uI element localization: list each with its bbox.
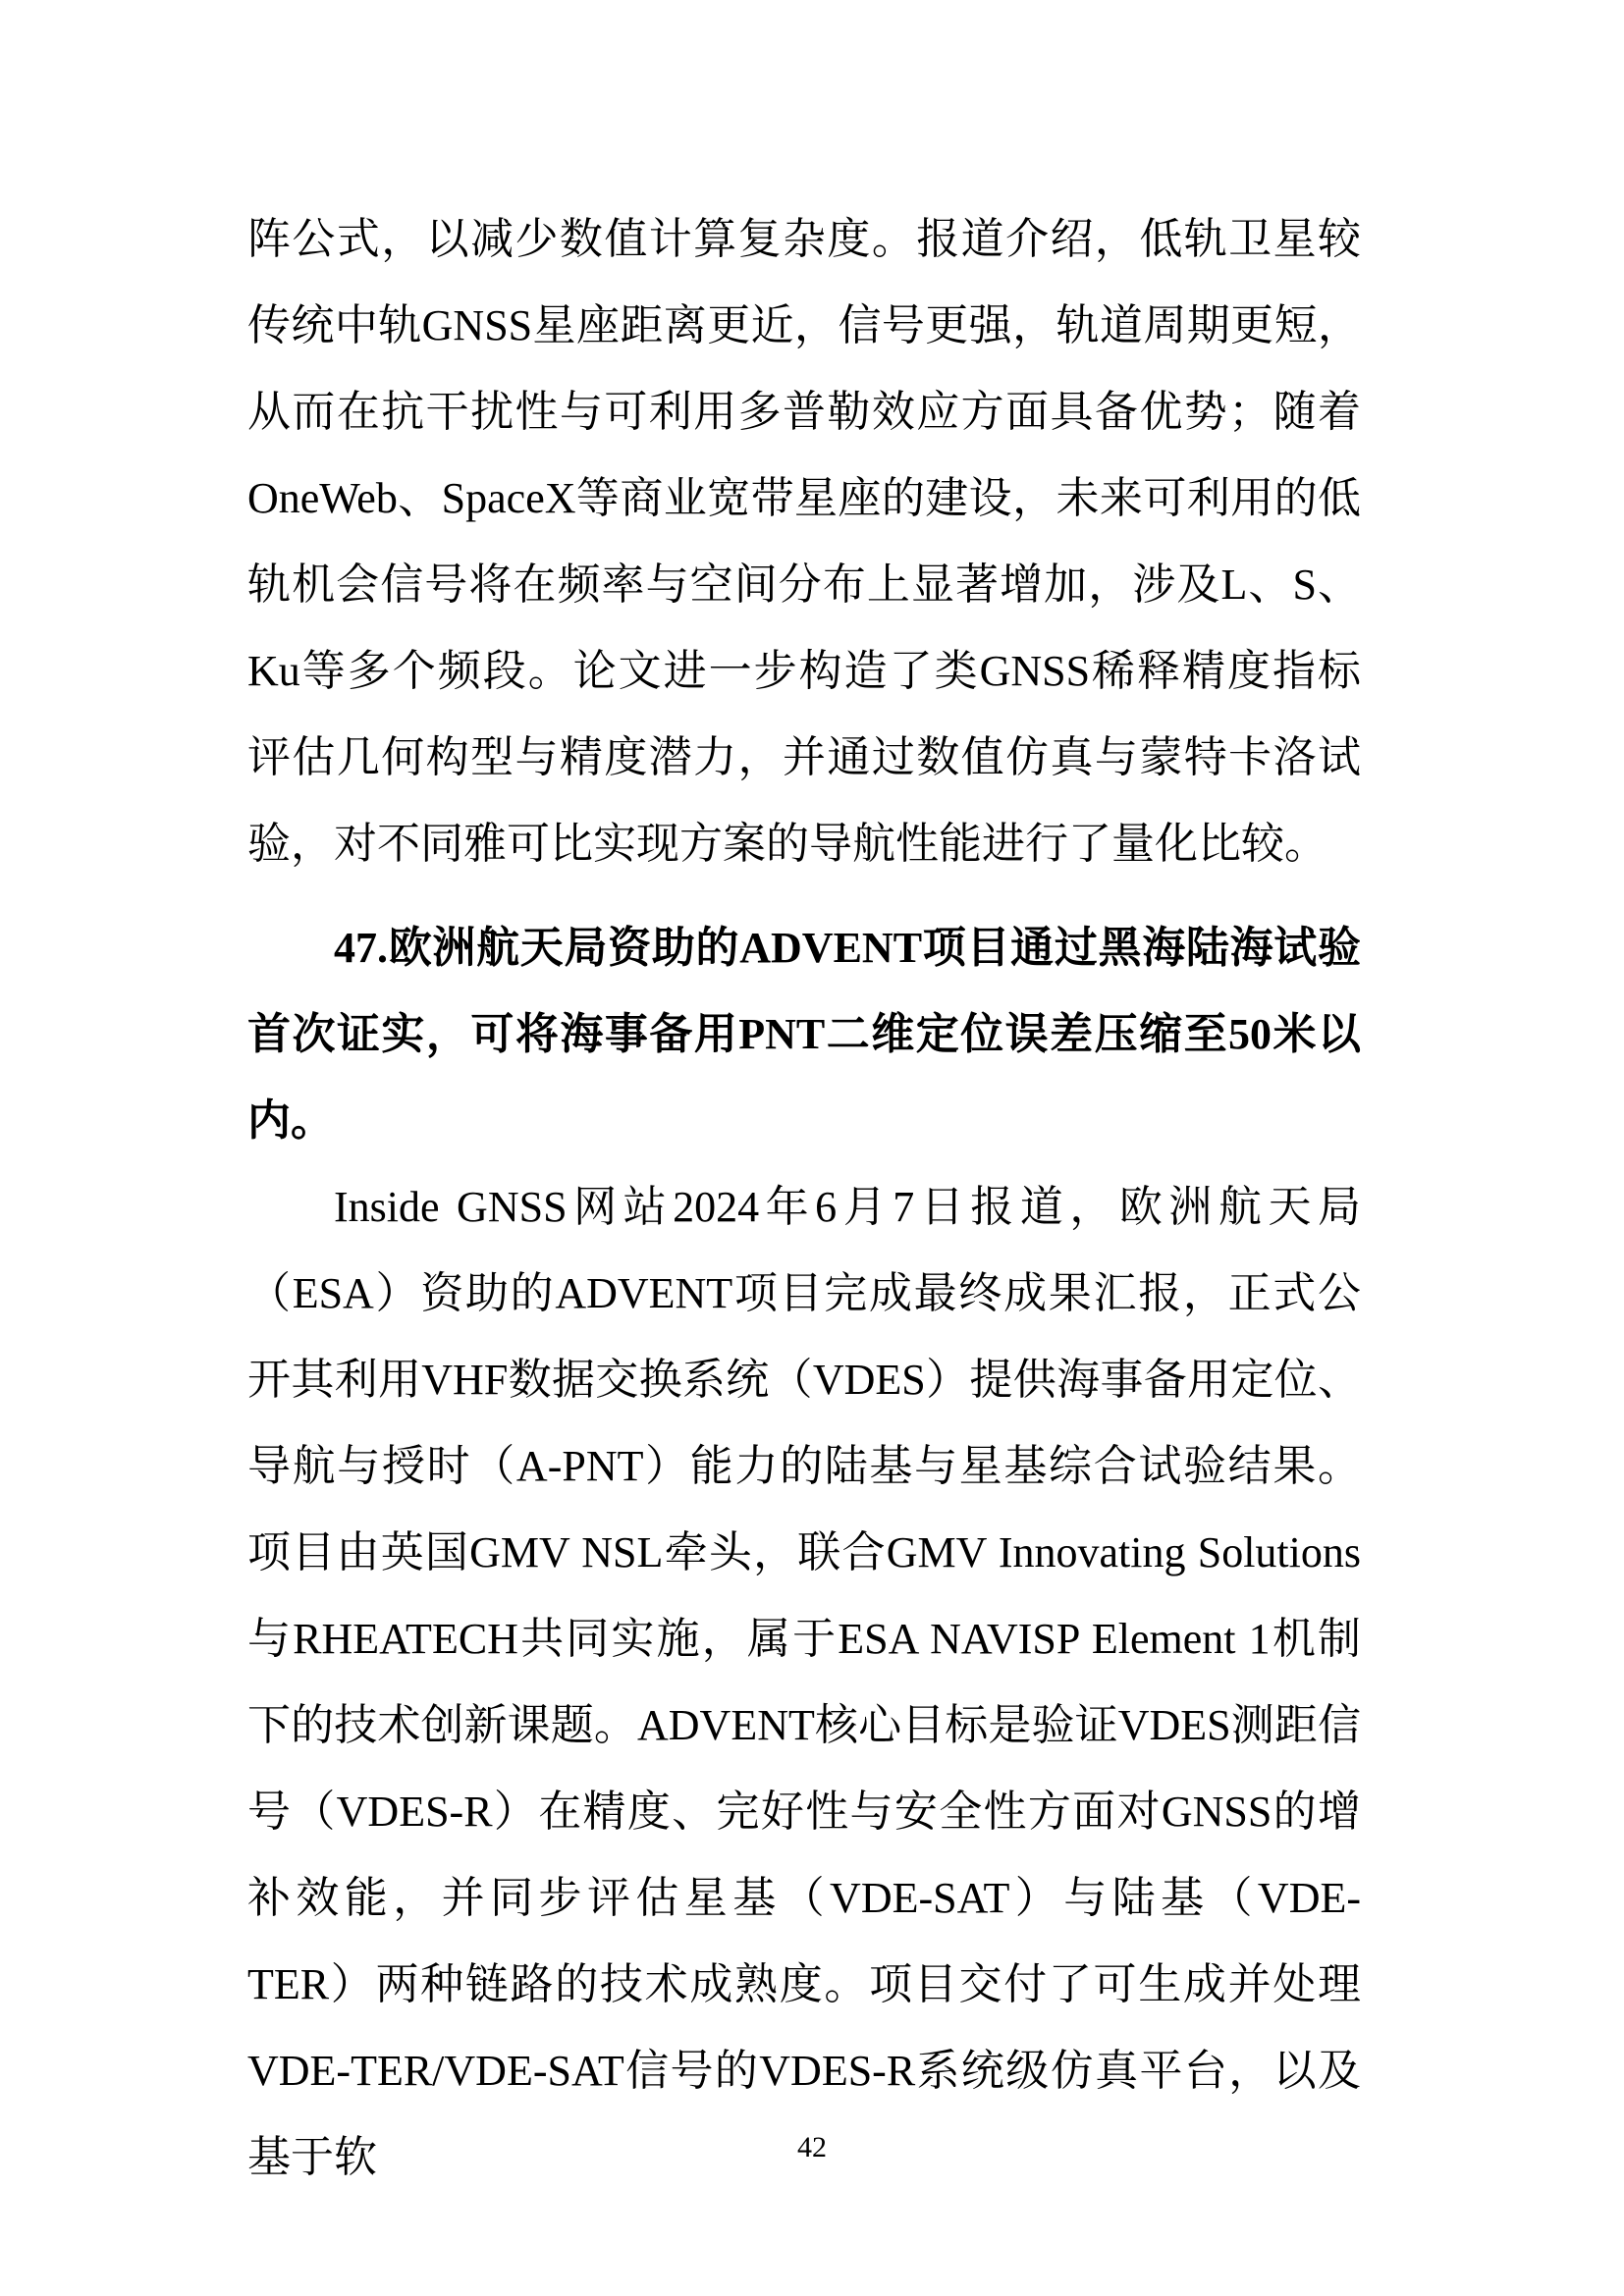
section-heading-item-47: 47.欧洲航天局资助的ADVENT项目通过黑海陆海试验首次证实，可将海事备用PN… <box>247 905 1361 1164</box>
paragraph-advent-report: Inside GNSS网站2024年6月7日报道，欧洲航天局（ESA）资助的AD… <box>247 1164 1361 2201</box>
document-page: 阵公式，以减少数值计算复杂度。报道介绍，低轨卫星较传统中轨GNSS星座距离更近，… <box>0 0 1624 2296</box>
paragraph-leo-gnss-continuation: 阵公式，以减少数值计算复杂度。报道介绍，低轨卫星较传统中轨GNSS星座距离更近，… <box>247 196 1361 887</box>
page-number: 42 <box>0 2130 1624 2165</box>
